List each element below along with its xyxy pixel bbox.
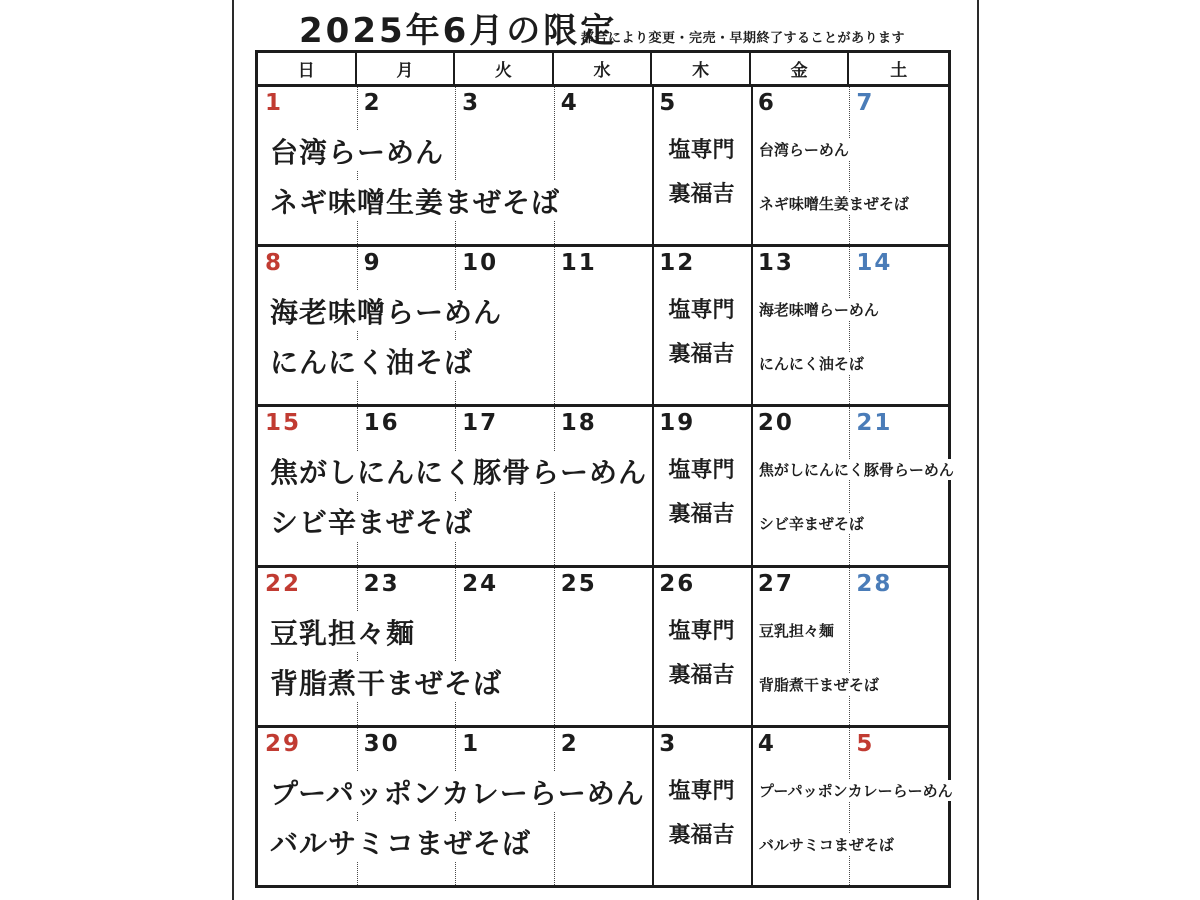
date-number: 4 xyxy=(758,731,776,757)
menu-calendar-poster: 2025年6月の限定 都合により変更・完売・早期終了することがあります 日月火水… xyxy=(0,0,1200,900)
column-divider-dotted xyxy=(849,728,850,885)
column-divider-solid xyxy=(652,407,654,564)
thursday-note-line-1: 塩専門 xyxy=(652,133,751,164)
weekday-menu-line-2: ネギ味噌生姜まぜそば xyxy=(266,181,564,221)
page-title: 2025年6月の限定 xyxy=(299,3,617,52)
weekday-menu-line-1: プーパッポンカレーらーめん xyxy=(266,772,649,812)
week-row-2: 891011121314海老味噌らーめんにんにく油そば塩専門裏福吉海老味噌らーめ… xyxy=(258,244,948,404)
thursday-note-line-1: 塩専門 xyxy=(652,453,751,484)
date-number: 13 xyxy=(758,250,794,276)
date-number: 8 xyxy=(265,250,283,276)
weekday-menu-line-1: 焦がしにんにく豚骨らーめん xyxy=(266,451,651,491)
weekend-menu-line-2: ネギ味噌生姜まぜそば xyxy=(757,193,911,214)
column-divider-dotted xyxy=(554,247,555,404)
weekday-menu-line-2: シビ辛まぜそば xyxy=(266,501,477,541)
week-row-1: 1234567台湾らーめんネギ味噌生姜まぜそば塩専門裏福吉台湾らーめんネギ味噌生… xyxy=(258,87,948,244)
weekday-header-row: 日月火水木金土 xyxy=(258,53,948,87)
weekend-menu-line-2: にんにく油そば xyxy=(757,353,866,374)
date-number: 10 xyxy=(462,250,498,276)
weekday-menu-line-2: バルサミコまぜそば xyxy=(266,822,535,862)
weeks-container: 1234567台湾らーめんネギ味噌生姜まぜそば塩専門裏福吉台湾らーめんネギ味噌生… xyxy=(258,87,948,885)
thursday-note-line-1: 塩専門 xyxy=(652,293,751,324)
column-divider-dotted xyxy=(849,568,850,725)
weekend-menu-line-1: 海老味噌らーめん xyxy=(757,299,881,320)
date-number: 6 xyxy=(758,90,776,116)
date-number: 21 xyxy=(856,410,892,436)
week-row-4: 22232425262728豆乳担々麺背脂煮干まぜそば塩専門裏福吉豆乳担々麺背脂… xyxy=(258,565,948,725)
date-number: 3 xyxy=(659,731,677,757)
date-number: 15 xyxy=(265,410,301,436)
column-divider-dotted xyxy=(554,568,555,725)
weekend-menu-line-1: プーパッポンカレーらーめん xyxy=(757,780,955,801)
date-number: 9 xyxy=(364,250,382,276)
date-number: 1 xyxy=(462,731,480,757)
thursday-note-line-2: 裏福吉 xyxy=(652,177,751,208)
calendar-table: 日月火水木金土 1234567台湾らーめんネギ味噌生姜まぜそば塩専門裏福吉台湾ら… xyxy=(255,50,951,888)
weekday-header-4: 木 xyxy=(652,53,751,84)
paper-left-edge xyxy=(232,0,234,900)
date-number: 22 xyxy=(265,571,301,597)
date-number: 25 xyxy=(561,571,597,597)
week-row-5: 293012345プーパッポンカレーらーめんバルサミコまぜそば塩専門裏福吉プーパ… xyxy=(258,725,948,885)
weekend-menu-line-2: シビ辛まぜそば xyxy=(757,513,866,534)
date-number: 2 xyxy=(561,731,579,757)
column-divider-solid xyxy=(652,87,654,244)
weekday-menu-line-2: 背脂煮干まぜそば xyxy=(266,662,506,702)
weekday-menu-line-2: にんにく油そば xyxy=(266,341,477,381)
date-number: 29 xyxy=(265,731,301,757)
weekday-menu-line-1: 豆乳担々麺 xyxy=(266,612,419,652)
date-number: 19 xyxy=(659,410,695,436)
weekday-header-3: 水 xyxy=(554,53,653,84)
week-row-3: 15161718192021焦がしにんにく豚骨らーめんシビ辛まぜそば塩専門裏福吉… xyxy=(258,404,948,564)
weekday-header-5: 金 xyxy=(751,53,850,84)
weekend-menu-line-1: 豆乳担々麺 xyxy=(757,620,836,641)
weekend-menu-line-1: 焦がしにんにく豚骨らーめん xyxy=(757,459,956,480)
weekday-header-2: 火 xyxy=(455,53,554,84)
thursday-note-line-1: 塩専門 xyxy=(652,614,751,645)
weekday-menu-line-1: 台湾らーめん xyxy=(266,131,448,171)
date-number: 17 xyxy=(462,410,498,436)
weekday-header-6: 土 xyxy=(849,53,948,84)
column-divider-dotted xyxy=(849,407,850,564)
column-divider-solid xyxy=(751,87,753,244)
column-divider-dotted xyxy=(849,247,850,404)
column-divider-solid xyxy=(652,568,654,725)
weekday-menu-line-1: 海老味噌らーめん xyxy=(266,291,506,331)
disclaimer-text: 都合により変更・完売・早期終了することがあります xyxy=(581,27,905,46)
date-number: 27 xyxy=(758,571,794,597)
column-divider-solid xyxy=(652,247,654,404)
date-number: 23 xyxy=(364,571,400,597)
date-number: 1 xyxy=(265,90,283,116)
date-number: 5 xyxy=(856,731,874,757)
date-number: 24 xyxy=(462,571,498,597)
date-number: 16 xyxy=(364,410,400,436)
thursday-note-line-2: 裏福吉 xyxy=(652,497,751,528)
date-number: 2 xyxy=(364,90,382,116)
weekend-menu-line-1: 台湾らーめん xyxy=(757,139,851,160)
weekend-menu-line-2: バルサミコまぜそば xyxy=(757,834,896,855)
date-number: 20 xyxy=(758,410,794,436)
date-number: 12 xyxy=(659,250,695,276)
column-divider-solid xyxy=(751,407,753,564)
date-number: 11 xyxy=(561,250,597,276)
date-number: 7 xyxy=(856,90,874,116)
column-divider-dotted xyxy=(849,87,850,244)
weekday-header-0: 日 xyxy=(258,53,357,84)
date-number: 5 xyxy=(659,90,677,116)
date-number: 4 xyxy=(561,90,579,116)
paper-right-edge xyxy=(977,0,979,900)
date-number: 18 xyxy=(561,410,597,436)
thursday-note-line-2: 裏福吉 xyxy=(652,658,751,689)
column-divider-solid xyxy=(751,728,753,885)
column-divider-solid xyxy=(751,247,753,404)
column-divider-solid xyxy=(751,568,753,725)
weekend-menu-line-2: 背脂煮干まぜそば xyxy=(757,674,881,695)
weekday-header-1: 月 xyxy=(357,53,456,84)
thursday-note-line-2: 裏福吉 xyxy=(652,818,751,849)
date-number: 3 xyxy=(462,90,480,116)
date-number: 30 xyxy=(364,731,400,757)
date-number: 28 xyxy=(856,571,892,597)
thursday-note-line-2: 裏福吉 xyxy=(652,337,751,368)
date-number: 26 xyxy=(659,571,695,597)
thursday-note-line-1: 塩専門 xyxy=(652,774,751,805)
column-divider-solid xyxy=(652,728,654,885)
date-number: 14 xyxy=(856,250,892,276)
